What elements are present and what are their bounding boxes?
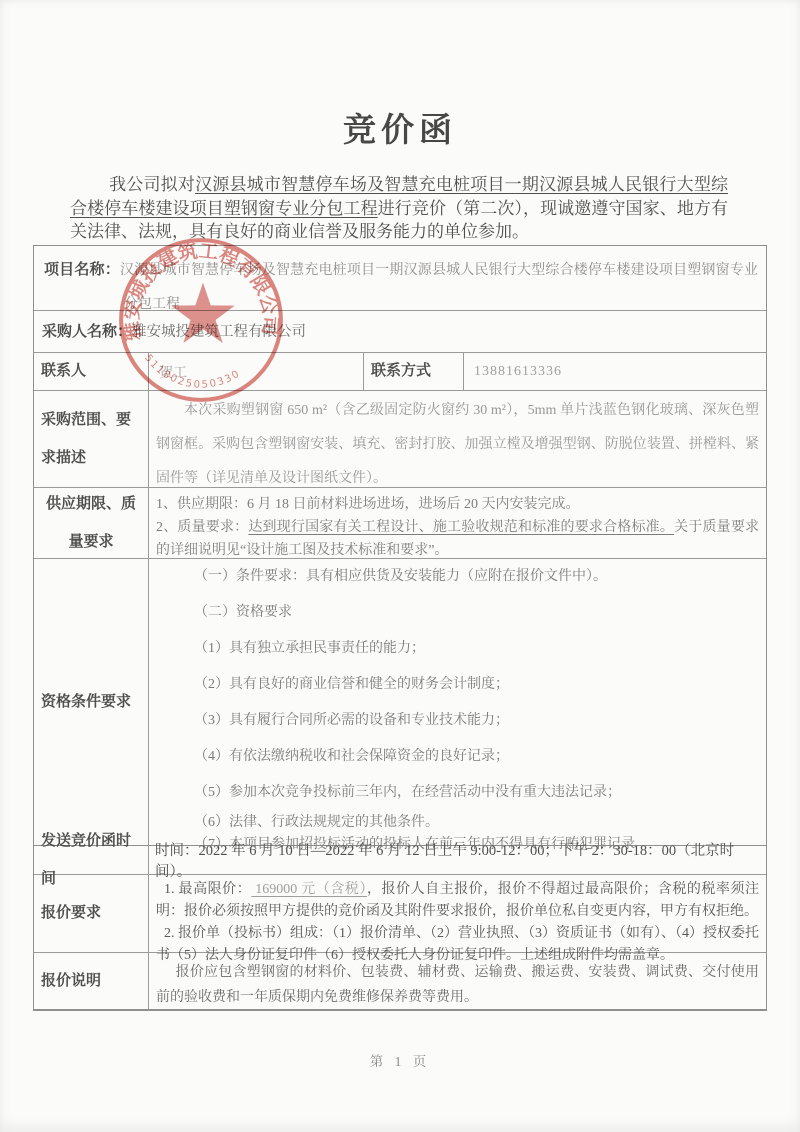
contact-label: 联系人	[34, 353, 149, 390]
contact-value: 贺工	[149, 353, 364, 390]
table-row-quote-requirements: 报价要求 1. 最高限价： 169000 元（含税），报价人自主报价，报价不得超…	[34, 875, 766, 953]
table-row-contact: 联系人 贺工 联系方式 13881613336	[34, 353, 766, 391]
table-row-scope: 采购范围、要求描述 本次采购塑钢窗 650 m²（含乙级固定防火窗约 30 m²…	[34, 391, 766, 488]
table-row-send-time: 发送竞价函时间 时间：2022 年 6 月 10 日—2022 年 6 月 12…	[34, 845, 766, 875]
phone-value: 13881613336	[464, 353, 766, 390]
scope-label: 采购范围、要求描述	[34, 391, 149, 487]
send-time-label: 发送竞价函时间	[34, 846, 149, 874]
qualification-label: 资格条件要求	[34, 559, 149, 845]
qualification-line: （一）条件要求：具有相应供货及安装能力（应附在报价文件中）。	[194, 566, 759, 588]
table-row-quote-note: 报价说明 报价应包含塑钢窗的材料价、包装费、辅材费、运输费、搬运费、安装费、调试…	[34, 953, 766, 1009]
qualification-value: （一）条件要求：具有相应供货及安装能力（应附在报价文件中）。 （二）资格要求 （…	[149, 559, 766, 845]
scanned-bid-document-page: 竞价函 我公司拟对汉源县城市智慧停车场及智慧充电桩项目一期汉源县城人民银行大型综…	[0, 0, 800, 1132]
quote-requirements-value: 1. 最高限价： 169000 元（含税），报价人自主报价，报价不得超过最高限价…	[149, 875, 766, 952]
qualification-line: （2）具有良好的商业信誉和健全的财务会计制度；	[194, 674, 759, 696]
supply-value: 1、供应期限：6 月 18 日前材料进场进场，进场后 20 天内安装完成。 2、…	[149, 488, 766, 558]
page-number-footer: 第 1 页	[0, 1050, 800, 1070]
phone-label: 联系方式	[364, 353, 464, 390]
quote-note-label: 报价说明	[34, 953, 149, 1009]
table-row-project-name: 项目名称：汉源县城市智慧停车场及智慧充电桩项目一期汉源县城人民银行大型综合楼停车…	[34, 246, 766, 311]
scope-value: 本次采购塑钢窗 650 m²（含乙级固定防火窗约 30 m²），5mm 单片浅蓝…	[149, 391, 766, 487]
project-name-value: 汉源县城市智慧停车场及智慧充电桩项目一期汉源县城人民银行大型综合楼停车楼建设项目…	[120, 263, 758, 312]
bid-info-table: 项目名称：汉源县城市智慧停车场及智慧充电桩项目一期汉源县城人民银行大型综合楼停车…	[33, 245, 767, 1011]
document-title: 竞价函	[0, 104, 800, 151]
project-name-label: 项目名称：	[44, 262, 120, 278]
qualification-line: （4）有依法缴纳税收和社会保障资金的良好记录；	[194, 746, 759, 768]
table-row-supply: 供应期限、质量要求 1、供应期限：6 月 18 日前材料进场进场，进场后 20 …	[34, 488, 766, 559]
purchaser-value: 雅安城投建筑工程有限公司	[132, 324, 306, 340]
qualification-line: （1）具有独立承担民事责任的能力；	[194, 638, 759, 660]
quote-note-value: 报价应包含塑钢窗的材料价、包装费、辅材费、运输费、搬运费、安装费、调试费、交付使…	[149, 953, 766, 1009]
qualification-line: （5）参加本次竞争投标前三年内，在经营活动中没有重大违法记录；	[194, 782, 759, 804]
supply-label: 供应期限、质量要求	[34, 488, 149, 558]
send-time-value: 时间：2022 年 6 月 10 日—2022 年 6 月 12 日上午 9:0…	[149, 846, 766, 874]
supply-line-2: 2、质量要求：达到现行国家有关工程设计、施工验收规范和标准的要求合格标准。关于质…	[156, 516, 759, 562]
intro-paragraph: 我公司拟对汉源县城市智慧停车场及智慧充电桩项目一期汉源县城人民银行大型综合楼停车…	[70, 173, 728, 244]
qualification-line: （3）具有履行合同所必需的设备和专业技术能力；	[194, 710, 759, 732]
quote-requirements-label: 报价要求	[34, 875, 149, 952]
qualification-line: （二）资格要求	[194, 602, 759, 624]
purchaser-label: 采购人名称：	[42, 324, 132, 340]
table-row-qualification: 资格条件要求 （一）条件要求：具有相应供货及安装能力（应附在报价文件中）。 （二…	[34, 559, 766, 846]
supply-line-1: 1、供应期限：6 月 18 日前材料进场进场，进场后 20 天内安装完成。	[156, 493, 759, 516]
quote-req-para-1: 1. 最高限价： 169000 元（含税），报价人自主报价，报价不得超过最高限价…	[156, 879, 759, 923]
qualification-line: （6）法律、行政法规规定的其他条件。	[194, 812, 759, 834]
